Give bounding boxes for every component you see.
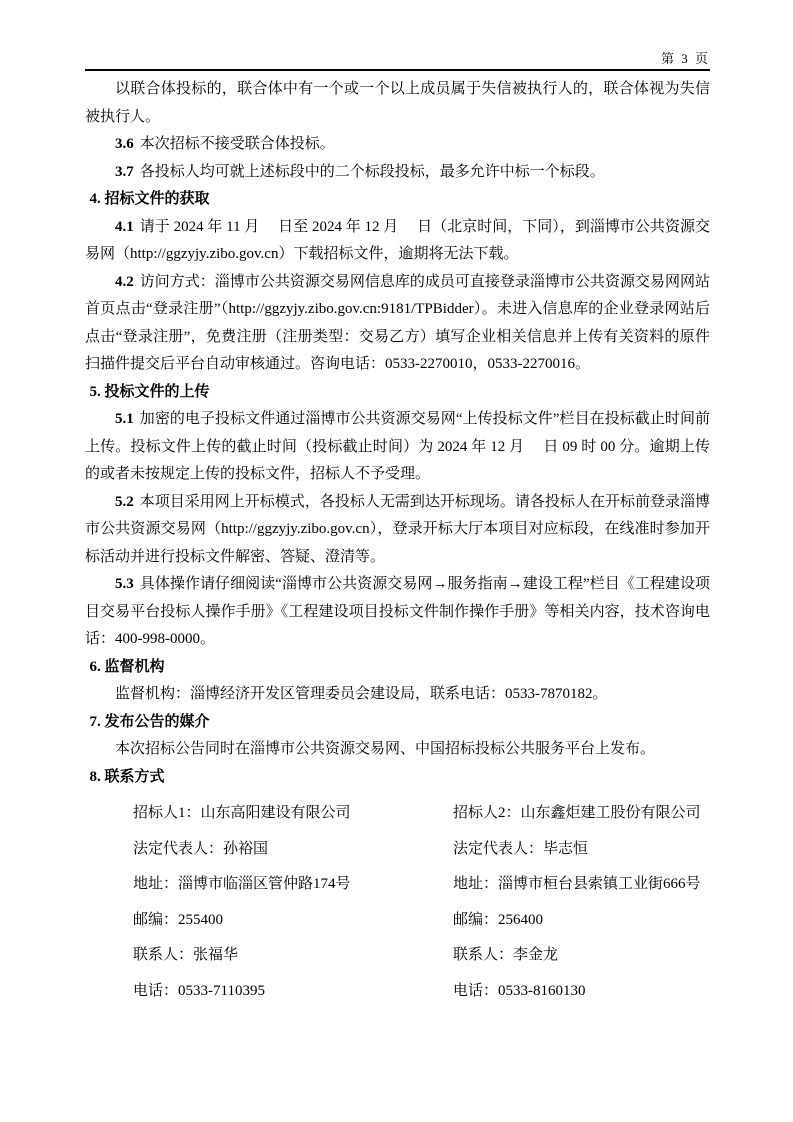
tenderer2-postcode: 邮编：256400 [453, 903, 701, 939]
clause-5-3: 5.3具体操作请仔细阅读“淄博市公共资源交易网→服务指南→建设工程”栏目《工程建… [85, 571, 710, 654]
clause-4-1: 4.1请于 2024 年 11 月 日至 2024 年 12 月 日（北京时间，… [85, 214, 710, 269]
clause-5-3-text: 具体操作请仔细阅读“淄博市公共资源交易网→服务指南→建设工程”栏目《工程建设项目… [85, 576, 710, 647]
tenderer1-postcode: 邮编：255400 [133, 903, 453, 939]
clause-5-1-number: 5.1 [115, 411, 134, 427]
document-page: 第 3 页 以联合体投标的，联合体中有一个或一个以上成员属于失信被执行人的，联合… [0, 0, 793, 1122]
tenderer1-legal-rep: 法定代表人：孙裕国 [133, 832, 453, 868]
clause-3-7-text: 各投标人均可就上述标段中的二个标段投标，最多允许中标一个标段。 [140, 164, 605, 180]
page-header: 第 3 页 [85, 50, 710, 71]
clause-5-1: 5.1加密的电子投标文件通过淄博市公共资源交易网“上传投标文件”栏目在投标截止时… [85, 406, 710, 489]
paragraph-announcement-media: 本次招标公告同时在淄博市公共资源交易网、中国招标投标公共服务平台上发布。 [85, 736, 710, 764]
clause-5-2: 5.2本项目采用网上开标模式，各投标人无需到达开标现场。请各投标人在开标前登录淄… [85, 489, 710, 572]
section-heading-7: 7. 发布公告的媒介 [85, 709, 710, 737]
tenderer2-legal-rep: 法定代表人：毕志恒 [453, 832, 701, 868]
page-number: 第 3 页 [661, 51, 710, 66]
section-heading-4: 4. 招标文件的获取 [85, 186, 710, 214]
paragraph-supervisor: 监督机构：淄博经济开发区管理委员会建设局，联系电话：0533-7870182。 [85, 681, 710, 709]
section-heading-5: 5. 投标文件的上传 [85, 379, 710, 407]
clause-3-6: 3.6本次招标不接受联合体投标。 [85, 131, 710, 159]
paragraph-joint-bid-intro: 以联合体投标的，联合体中有一个或一个以上成员属于失信被执行人的，联合体视为失信被… [85, 76, 710, 131]
clause-4-2-number: 4.2 [115, 274, 134, 290]
section-heading-6: 6. 监督机构 [85, 654, 710, 682]
clause-3-6-number: 3.6 [115, 136, 134, 152]
clause-3-7: 3.7各投标人均可就上述标段中的二个标段投标，最多允许中标一个标段。 [85, 159, 710, 187]
clause-5-1-text: 加密的电子投标文件通过淄博市公共资源交易网“上传投标文件”栏目在投标截止时间前上… [85, 411, 710, 482]
tenderer1-name: 招标人1：山东高阳建设有限公司 [133, 796, 453, 832]
clause-4-1-number: 4.1 [115, 219, 134, 235]
tenderer1-phone: 电话：0533-7110395 [133, 974, 453, 1010]
tenderer1-contact: 联系人：张福华 [133, 938, 453, 974]
clause-4-2: 4.2访问方式：淄博市公共资源交易网信息库的成员可直接登录淄博市公共资源交易网网… [85, 269, 710, 379]
clause-5-2-text: 本项目采用网上开标模式，各投标人无需到达开标现场。请各投标人在开标前登录淄博市公… [85, 494, 710, 565]
clause-4-2-text: 访问方式：淄博市公共资源交易网信息库的成员可直接登录淄博市公共资源交易网网站首页… [85, 274, 710, 373]
tenderer1-column: 招标人1：山东高阳建设有限公司 法定代表人：孙裕国 地址：淄博市临淄区管仲路17… [133, 796, 453, 1009]
clause-5-2-number: 5.2 [115, 494, 134, 510]
document-body: 以联合体投标的，联合体中有一个或一个以上成员属于失信被执行人的，联合体视为失信被… [85, 76, 710, 1009]
clause-3-6-text: 本次招标不接受联合体投标。 [140, 136, 335, 152]
tenderer2-address: 地址：淄博市桓台县索镇工业街666号 [453, 867, 701, 903]
tenderer2-contact: 联系人：李金龙 [453, 938, 701, 974]
section-heading-8: 8. 联系方式 [85, 764, 710, 792]
clause-5-3-number: 5.3 [115, 576, 134, 592]
clause-4-1-text: 请于 2024 年 11 月 日至 2024 年 12 月 日（北京时间，下同）… [85, 219, 710, 263]
tenderer2-phone: 电话：0533-8160130 [453, 974, 701, 1010]
tenderer2-column: 招标人2：山东鑫炬建工股份有限公司 法定代表人：毕志恒 地址：淄博市桓台县索镇工… [453, 796, 701, 1009]
contact-columns: 招标人1：山东高阳建设有限公司 法定代表人：孙裕国 地址：淄博市临淄区管仲路17… [85, 796, 710, 1009]
tenderer2-name: 招标人2：山东鑫炬建工股份有限公司 [453, 796, 701, 832]
tenderer1-address: 地址：淄博市临淄区管仲路174号 [133, 867, 453, 903]
clause-3-7-number: 3.7 [115, 164, 134, 180]
